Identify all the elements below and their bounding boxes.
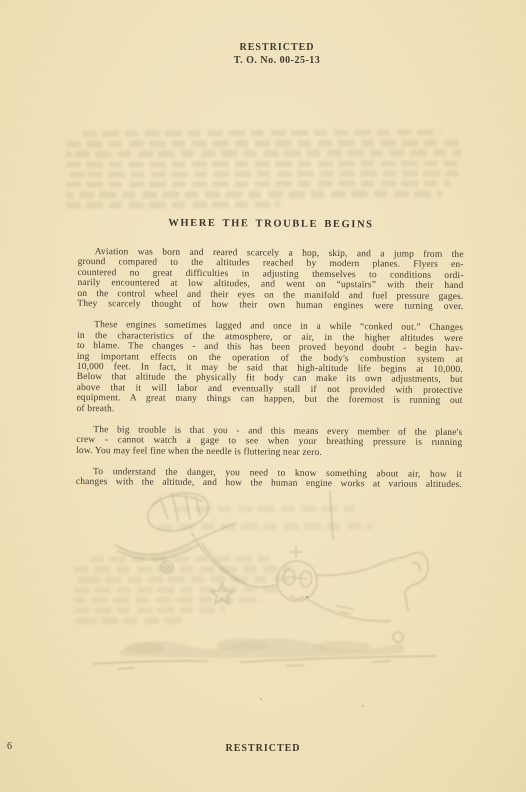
bleed-through-text-top: [66, 129, 462, 212]
section-title: WHERE THE TROUBLE BEGINS: [78, 217, 464, 231]
footer-classification: RESTRICTED: [0, 743, 526, 754]
scanned-document-page: RESTRICTED T. O. No. 00-25-13 WHERE THE …: [0, 0, 526, 792]
header-to-number: T. O. No. 00-25-13: [14, 55, 526, 67]
ghost-line: [66, 139, 462, 147]
page-header: RESTRICTED T. O. No. 00-25-13: [14, 42, 526, 67]
ghost-line: [66, 150, 462, 158]
ghost-line: [66, 160, 458, 168]
paragraph: These engines sometimes lagged and once …: [76, 320, 463, 417]
text-block: WHERE THE TROUBLE BEGINS Aviation was bo…: [76, 217, 464, 501]
scan-speck: [362, 705, 364, 707]
page-footer: 6 RESTRICTED: [0, 740, 526, 760]
header-classification: RESTRICTED: [14, 42, 526, 54]
paragraph: The big trouble is that you - and this m…: [76, 425, 462, 459]
ghost-line: [66, 170, 462, 178]
scan-speck: [260, 698, 262, 700]
scan-speck: [306, 596, 308, 598]
ghost-line: [66, 180, 450, 188]
ghost-line: [82, 129, 442, 137]
paragraph: Aviation was born and reared scarcely a …: [77, 247, 463, 313]
text-line: They scarcely thought of how their own h…: [77, 299, 463, 312]
bleed-through-cartoon-plane-icon: [90, 485, 450, 685]
ghost-line: [66, 201, 280, 208]
ghost-line: [66, 191, 442, 199]
